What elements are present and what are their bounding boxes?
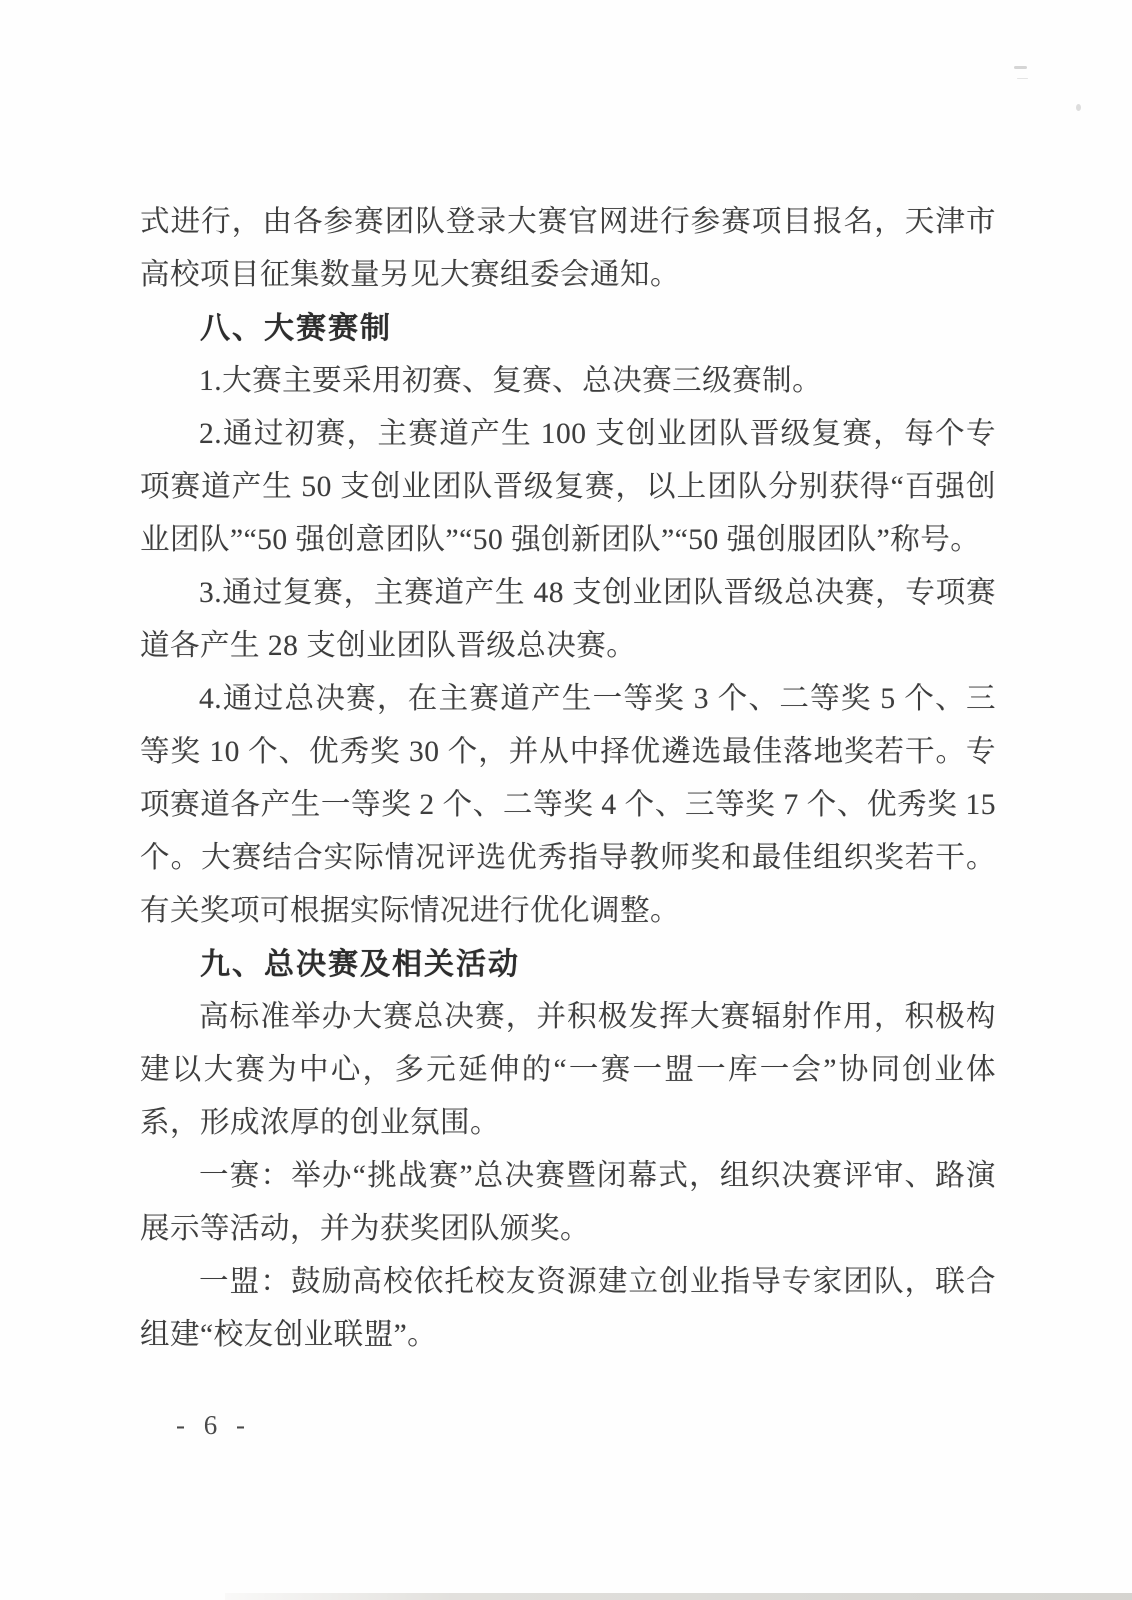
paragraph-item-1: 1.大赛主要采用初赛、复赛、总决赛三级赛制。 — [140, 355, 996, 408]
document-body: 式进行，由各参赛团队登录大赛官网进行参赛项目报名，天津市高校项目征集数量另见大赛… — [140, 196, 996, 1362]
paragraph-item-3: 3.通过复赛，主赛道产生 48 支创业团队晋级总决赛，专项赛道各产生 28 支创… — [140, 567, 996, 673]
scan-speck-icon — [1014, 66, 1027, 69]
paragraph-yimeng: 一盟：鼓励高校依托校友资源建立创业指导专家团队，联合组建“校友创业联盟”。 — [140, 1256, 996, 1362]
paragraph-item-2: 2.通过初赛，主赛道产生 100 支创业团队晋级复赛，每个专项赛道产生 50 支… — [140, 408, 996, 567]
paragraph-finals-overview: 高标准举办大赛总决赛，并积极发挥大赛辐射作用，积极构建以大赛为中心，多元延伸的“… — [140, 991, 996, 1150]
scan-speck-icon — [1076, 104, 1081, 111]
paragraph-yisai: 一赛：举办“挑战赛”总决赛暨闭幕式，组织决赛评审、路演展示等活动，并为获奖团队颁… — [140, 1150, 996, 1256]
page-number: - 6 - — [176, 1410, 251, 1441]
paragraph-item-4: 4.通过总决赛，在主赛道产生一等奖 3 个、二等奖 5 个、三等奖 10 个、优… — [140, 673, 996, 938]
section-heading-9: 九、总决赛及相关活动 — [140, 938, 996, 991]
paragraph-continuation: 式进行，由各参赛团队登录大赛官网进行参赛项目报名，天津市高校项目征集数量另见大赛… — [140, 196, 996, 302]
section-heading-8: 八、大赛赛制 — [140, 302, 996, 355]
document-page: 式进行，由各参赛团队登录大赛官网进行参赛项目报名，天津市高校项目征集数量另见大赛… — [0, 0, 1132, 1600]
scan-edge-artifact — [225, 1593, 1132, 1600]
